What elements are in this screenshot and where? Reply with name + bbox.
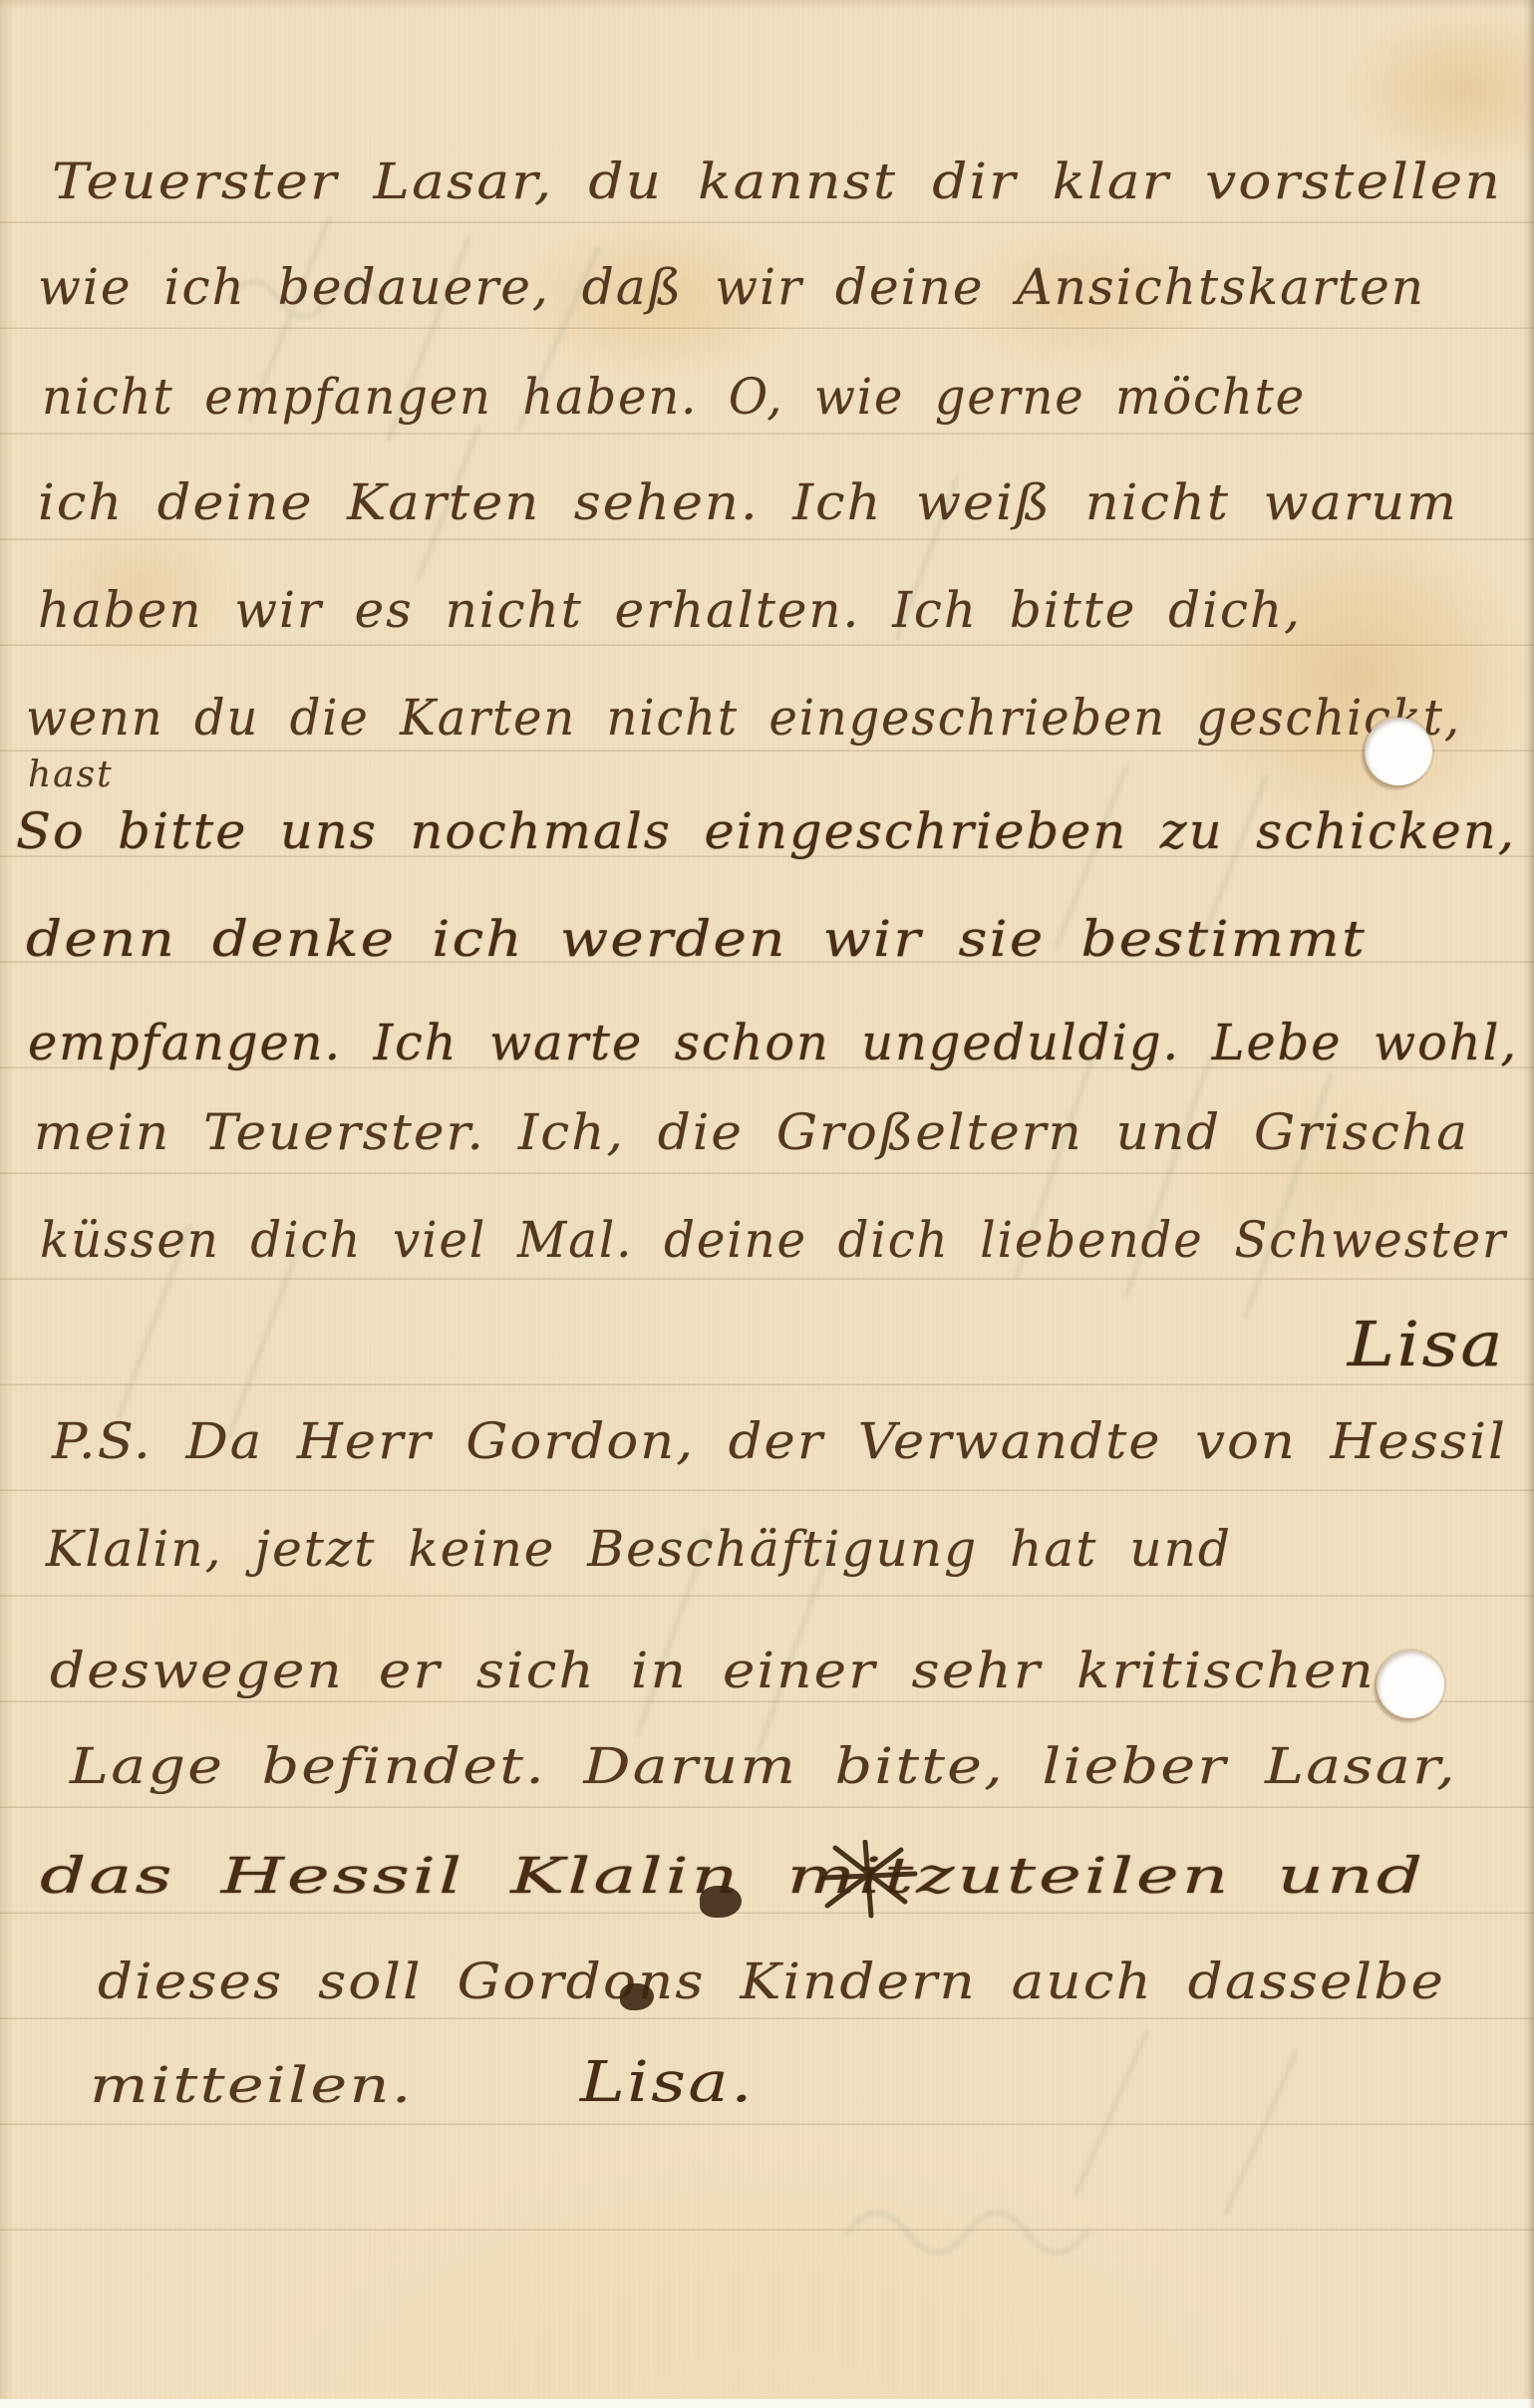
ink-strikethrough — [815, 1840, 925, 1920]
ink-blot — [700, 1886, 742, 1918]
letter-line: wie ich bedauere, daß wir deine Ansichts… — [38, 257, 1425, 317]
ps-line: P.S. Da Herr Gordon, der Verwandte von H… — [52, 1411, 1507, 1471]
ps-line: Klalin, jetzt keine Beschäftigung hat un… — [46, 1519, 1232, 1579]
letter-line: mein Teuerster. Ich, die Großeltern und … — [34, 1102, 1469, 1162]
signature: Lisa — [1348, 1308, 1505, 1381]
bleed-through-marks — [0, 0, 1534, 2408]
letter-line: wenn du die Karten nicht eingeschrieben … — [26, 688, 1461, 748]
letter-page: Teuerster Lasar, du kannst dir klar vors… — [0, 0, 1534, 2408]
hole-punch — [1377, 1651, 1444, 1718]
letter-line: haben wir es nicht erhalten. Ich bitte d… — [38, 580, 1302, 640]
interline-note: hast — [28, 753, 114, 796]
ps-line: Lage befindet. Darum bitte, lieber Lasar… — [70, 1736, 1457, 1796]
letter-line: küssen dich viel Mal. deine dich liebend… — [40, 1210, 1507, 1270]
ruled-lines — [0, 118, 1534, 2251]
ps-line: dieses soll Gordons Kindern auch dasselb… — [98, 1952, 1445, 2011]
ps-line: mitteilen. — [90, 2055, 414, 2115]
letter-line: denn denke ich werden wir sie bestimmt — [26, 909, 1367, 969]
letter-line: empfangen. Ich warte schon ungeduldig. L… — [28, 1013, 1518, 1072]
ps-line: deswegen er sich in einer sehr kritische… — [50, 1641, 1376, 1700]
scan-edge — [0, 2399, 1534, 2408]
ps-signature: Lisa. — [580, 2049, 755, 2116]
letter-line: Teuerster Lasar, du kannst dir klar vors… — [52, 151, 1502, 211]
hole-punch — [1365, 718, 1432, 785]
letter-line: So bitte uns nochmals eingeschrieben zu … — [16, 801, 1516, 861]
letter-line: nicht empfangen haben. O, wie gerne möch… — [42, 367, 1306, 427]
letter-line: ich deine Karten sehen. Ich weiß nicht w… — [38, 472, 1458, 532]
scan-edge — [1528, 0, 1534, 2408]
